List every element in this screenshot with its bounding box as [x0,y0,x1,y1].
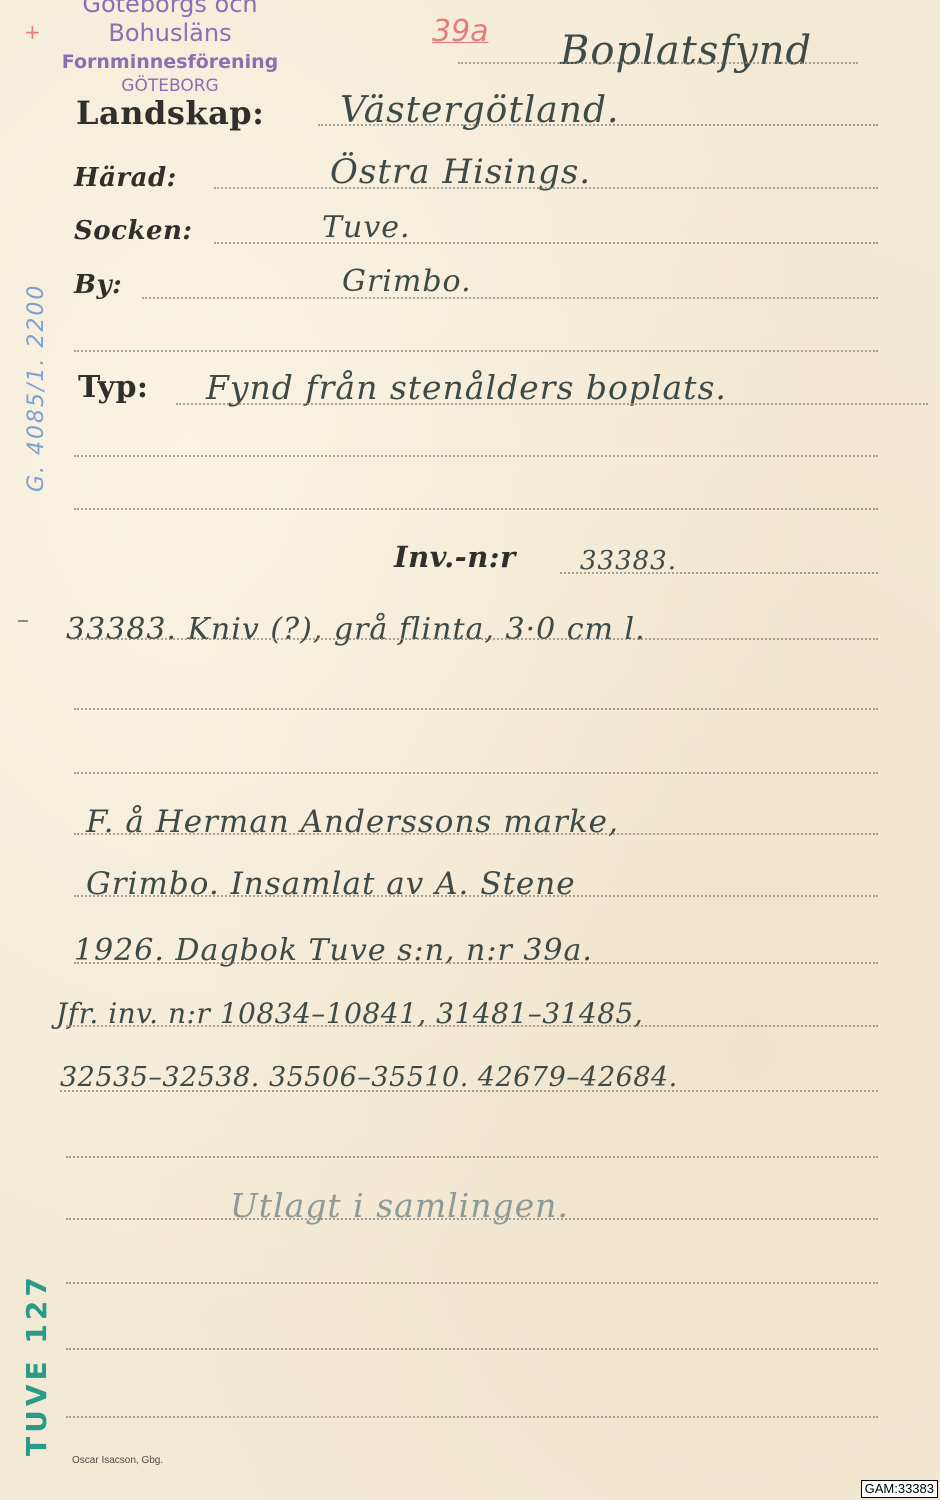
rule-line [74,508,878,510]
margin-note-blue: G. 4085/1. 2200 [24,284,49,492]
category-heading: Boplatsfynd [560,28,812,74]
by-label: By: [74,270,122,300]
card-number: 39a [432,14,489,49]
rule-line [74,455,878,457]
rule-line [66,1156,878,1158]
inv-label: Inv.-n:r [394,540,516,574]
institution-stamp: Göteborgs och Bohusläns Fornminnesföreni… [40,0,300,96]
rule-line [60,1090,878,1092]
rule-line [74,962,878,964]
typ-label: Typ: [78,370,149,405]
rule-line [74,772,878,774]
red-mark: + [24,20,41,44]
harad-value: Östra Hisings. [330,152,591,192]
catalog-entry: 33383. Kniv (?), grå flinta, 3·0 cm l. [66,612,646,647]
stamp-line-3: Fornminnesförening [40,48,300,76]
harad-label: Härad: [74,163,177,193]
stamp-line-2: Bohusläns [40,18,300,48]
socken-value: Tuve. [322,210,411,245]
rule-line [142,297,878,299]
rule-line [66,1025,878,1027]
rule-line [214,187,878,189]
rule-line [66,1282,878,1284]
rule-line [560,572,878,574]
rule-line [176,403,928,405]
rule-line [66,1416,878,1418]
rule-line [74,708,878,710]
reference-id-label: GAM:33383 [861,1480,938,1498]
rule-line [458,62,858,64]
landskap-label: Landskap: [76,94,264,132]
note-line-5: 32535–32538. 35506–35510. 42679–42684. [60,1062,678,1093]
stamp-line-1: Göteborgs och [40,0,300,18]
by-value: Grimbo. [342,264,472,299]
dash-mark [18,620,28,622]
stamp-line-4: GÖTEBORG [40,76,300,96]
printer-imprint: Oscar Isacson, Gbg. [72,1455,163,1466]
rule-line [74,350,878,352]
typ-value: Fynd från stenålders boplats. [206,368,727,407]
socken-label: Socken: [74,216,193,246]
rule-line [66,1218,878,1220]
rule-line [318,124,878,126]
rule-line [74,895,878,897]
rule-line [74,833,878,835]
rule-line [214,242,878,244]
rule-line [70,638,878,640]
rule-line [66,1348,878,1350]
parish-stamp: TUVE 127 [20,1273,53,1456]
